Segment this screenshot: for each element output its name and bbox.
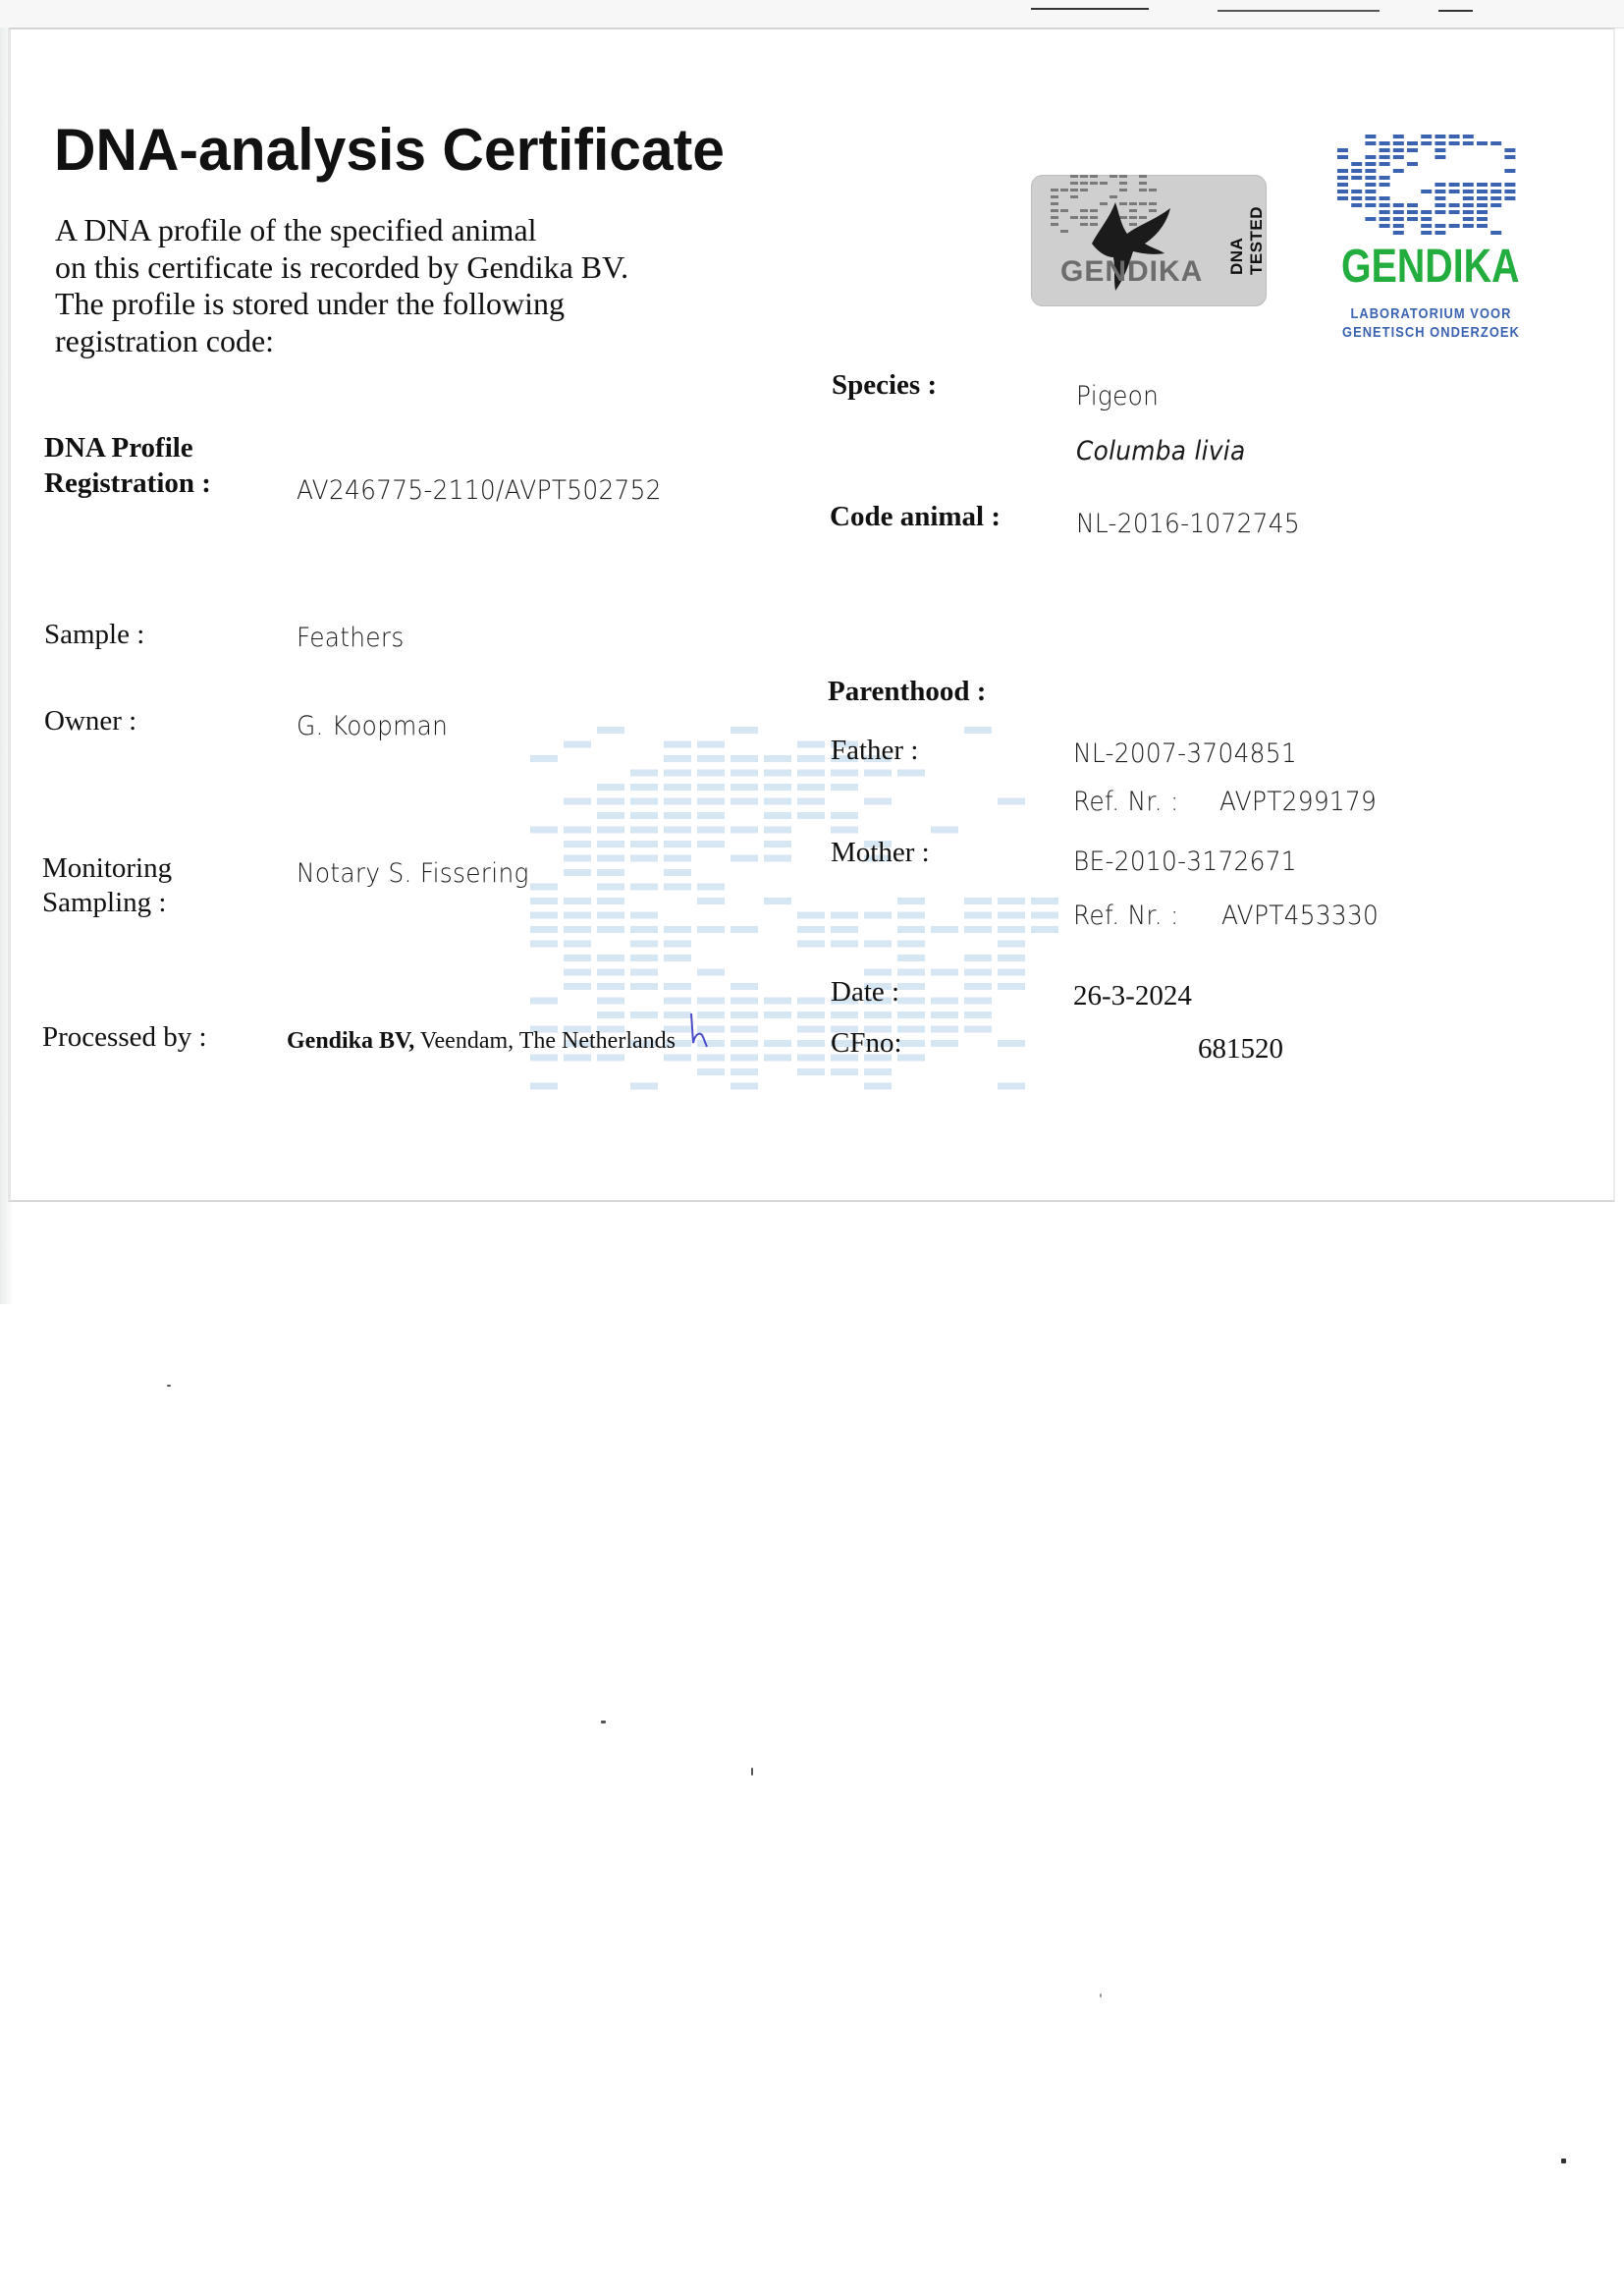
registration-label-line1: DNA Profile bbox=[44, 432, 193, 465]
mother-ref: AVPT453330 bbox=[1221, 901, 1379, 931]
registration-value: AV246775-2110/AVPT502752 bbox=[297, 475, 662, 506]
processed-by-company: Gendika BV, bbox=[287, 1028, 414, 1054]
father-ref-label: Ref. Nr. : bbox=[1073, 787, 1179, 817]
badge-brand: GENDIKA bbox=[1060, 255, 1203, 289]
date-label: Date : bbox=[831, 976, 899, 1009]
parenthood-label: Parenthood : bbox=[828, 676, 986, 708]
scan-mark bbox=[1031, 8, 1149, 10]
scan-mark bbox=[1218, 10, 1380, 12]
intro-line: registration code: bbox=[55, 323, 628, 360]
father-label: Father : bbox=[831, 735, 918, 767]
dna-tested-badge: GENDIKA DNA TESTED bbox=[1031, 175, 1267, 306]
registration-label-line2: Registration : bbox=[44, 467, 211, 500]
logo-name: GENDIKA bbox=[1341, 240, 1520, 294]
scan-speck bbox=[167, 1385, 171, 1387]
intro-line: The profile is stored under the followin… bbox=[55, 286, 628, 323]
cfno-value: 681520 bbox=[1198, 1033, 1283, 1066]
scan-speck bbox=[601, 1721, 606, 1723]
logo-subtitle: LABORATORIUM VOOR GENETISCH ONDERZOEK bbox=[1342, 304, 1520, 342]
scan-speck bbox=[751, 1768, 753, 1776]
monitoring-label-line2: Sampling : bbox=[42, 887, 166, 919]
father-ref: AVPT299179 bbox=[1219, 787, 1377, 817]
code-animal-label: Code animal : bbox=[830, 501, 1001, 533]
father-ring: NL-2007-3704851 bbox=[1073, 738, 1297, 769]
scan-speck bbox=[1100, 1994, 1102, 1997]
owner-value: G. Koopman bbox=[297, 711, 448, 741]
logo-subtitle-line: LABORATORIUM VOOR bbox=[1342, 304, 1520, 323]
intro-line: A DNA profile of the specified animal bbox=[55, 212, 628, 249]
species-label: Species : bbox=[832, 369, 937, 402]
mother-label: Mother : bbox=[831, 837, 930, 869]
processed-by-value: Gendika BV, Veendam, The Netherlands bbox=[287, 1028, 676, 1055]
scan-mark bbox=[1438, 10, 1473, 12]
page-title: DNA-analysis Certificate bbox=[54, 116, 725, 184]
monitoring-value: Notary S. Fissering bbox=[297, 858, 529, 889]
date-value: 26-3-2024 bbox=[1073, 980, 1192, 1012]
processed-by-location: Veendam, The Netherlands bbox=[414, 1028, 676, 1054]
gendika-logo-icon bbox=[1337, 128, 1519, 238]
processed-by-label: Processed by : bbox=[42, 1021, 207, 1054]
scan-speck bbox=[1561, 2159, 1566, 2163]
cfno-label: CFno: bbox=[831, 1027, 902, 1060]
intro-text: A DNA profile of the specified animal on… bbox=[55, 212, 628, 359]
sample-label: Sample : bbox=[44, 619, 144, 651]
species-latin: Columba livia bbox=[1076, 436, 1245, 466]
mother-ring: BE-2010-3172671 bbox=[1073, 847, 1297, 877]
sample-value: Feathers bbox=[297, 623, 405, 653]
scan-top-strip bbox=[0, 0, 1624, 28]
signature-mark bbox=[685, 1011, 715, 1053]
badge-vertical-text: DNA TESTED bbox=[1227, 206, 1267, 275]
intro-line: on this certificate is recorded by Gendi… bbox=[55, 249, 628, 287]
logo-subtitle-line: GENETISCH ONDERZOEK bbox=[1342, 323, 1520, 342]
species-common: Pigeon bbox=[1076, 381, 1159, 411]
monitoring-label-line1: Monitoring bbox=[42, 852, 172, 885]
mother-ref-label: Ref. Nr. : bbox=[1073, 901, 1179, 931]
code-animal-value: NL-2016-1072745 bbox=[1076, 509, 1300, 539]
owner-label: Owner : bbox=[44, 705, 136, 738]
